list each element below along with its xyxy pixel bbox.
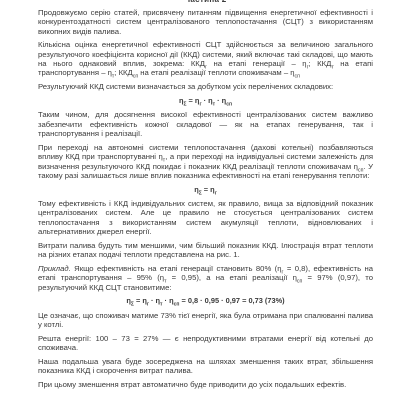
paragraph-loss-reduction-effects: При цьому зменшення втрат автоматично бу…	[38, 380, 373, 389]
paragraph-autonomous-systems: При переході на автономні системи теплоп…	[38, 143, 373, 180]
paragraph-remaining-energy: Решта енергії: 100 – 73 = 27% — є непрод…	[38, 334, 373, 353]
paragraph-component-importance: Таким чином, для досягнення високої ефек…	[38, 110, 373, 138]
paragraph-individual-systems: Тому ефективність і ККД індивідуальних с…	[38, 199, 373, 236]
formula-total-efficiency: ηΣ = ηг · ηт · ηсп	[38, 96, 373, 105]
page-title-clipped-region: Частина 2	[38, 0, 373, 4]
paragraph-resulting-kkd: Результуючий ККД системи визначається за…	[38, 82, 373, 91]
paragraph-example: Приклад. Якщо ефективність на етапі гене…	[38, 264, 373, 292]
paragraph-fuel-costs: Витрати палива будуть тим меншими, чим б…	[38, 241, 373, 260]
page-title: Частина 2	[38, 0, 373, 4]
document-page: Частина 2 Продовжуємо серію статей, прис…	[0, 0, 400, 400]
formula-example-calculation: ηΣ = ηг · ηт · ηсп = 0,8 · 0,95 · 0,97 =…	[38, 296, 373, 305]
paragraph-future-focus: Наша подальша увага буде зосереджена на …	[38, 357, 373, 376]
paragraph-kkd-components: Кількісна оцінка енергетичної ефективнос…	[38, 40, 373, 77]
paragraph-consumer-energy: Це означає, що споживач матиме 73% тієї …	[38, 311, 373, 330]
formula-generation-only: ηΣ = ηг	[38, 185, 373, 194]
paragraph-intro: Продовжуємо серію статей, присвячену пит…	[38, 8, 373, 36]
